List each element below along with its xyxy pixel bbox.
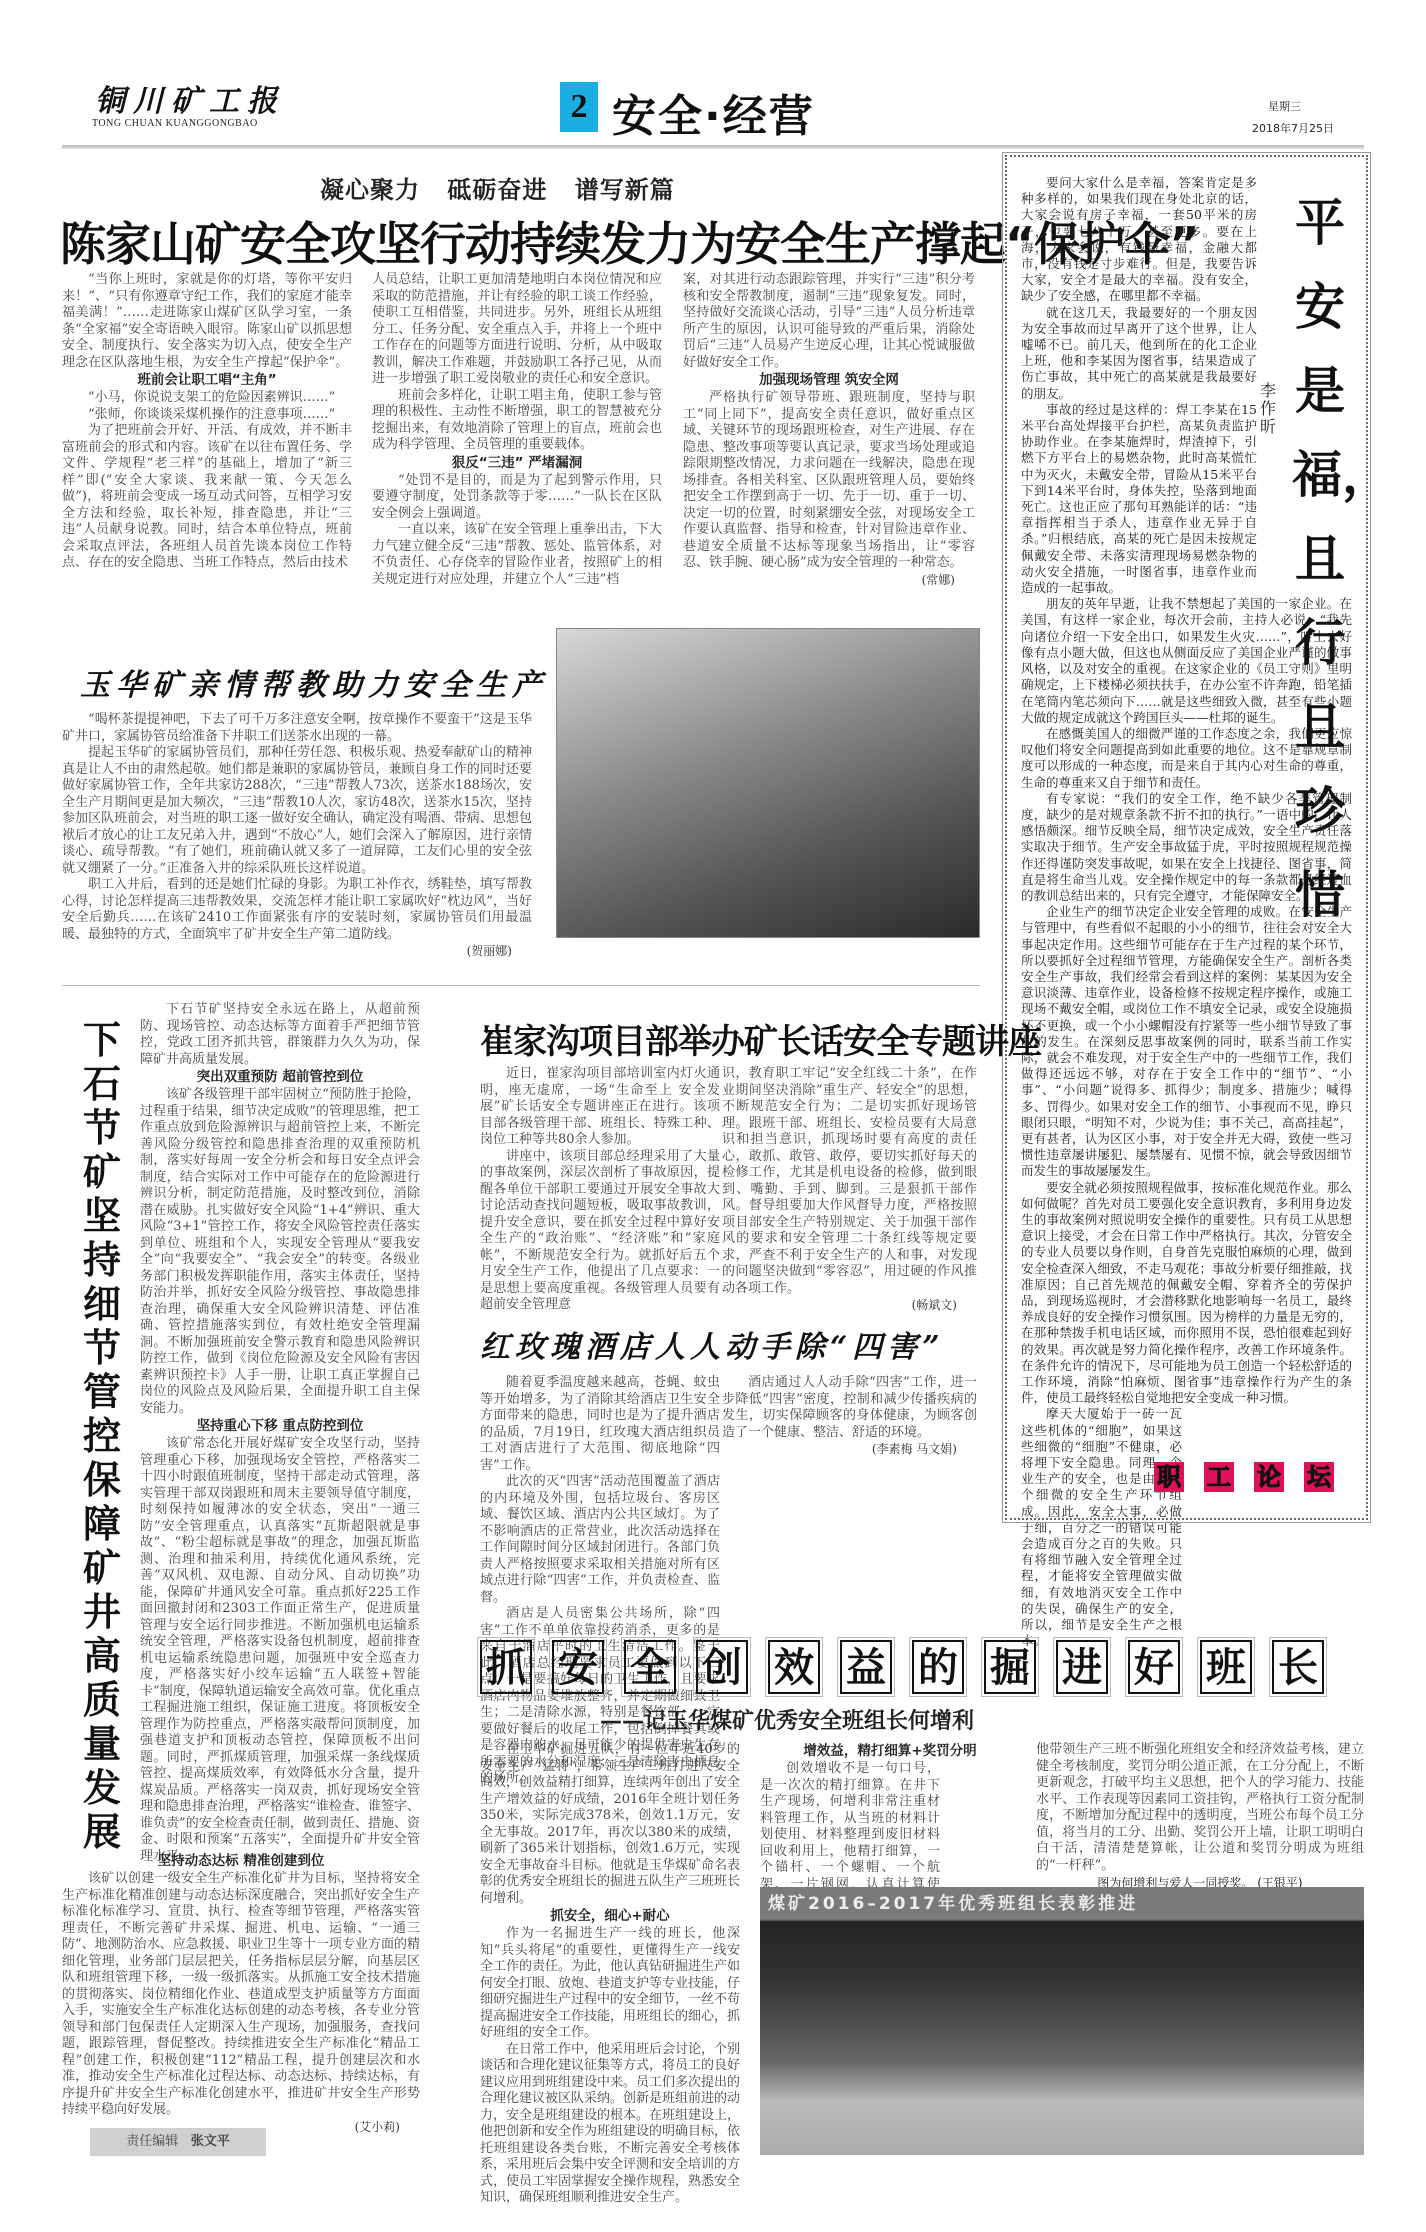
section-title: 安全·经营 <box>612 80 815 144</box>
hongmeigui-col-2: 酒店通过人人动手除“四害”工作，进一步降低“四害”密度，控制和减少传播疾病的发生… <box>722 1375 977 1458</box>
subheading: 坚持动态达标 精准创建到位 <box>62 1853 420 1870</box>
byline: (李素梅 马文娟) <box>722 1441 977 1458</box>
page-number-badge: 2 <box>560 82 598 132</box>
subheading: 班前会让职工唱“主角” <box>62 372 352 389</box>
cuijiagou-col-2: 识，教育职工牢记“安全红线二十条”，在作业期间坚决消除“重生产、轻安全”的思想，… <box>722 1066 977 1314</box>
subheading: 加强现场管理 筑安全网 <box>683 372 975 389</box>
essay-author: 李作昕 <box>1258 382 1278 436</box>
byline: (常娜) <box>683 572 975 589</box>
newspaper-name: 铜川矿工报 <box>95 76 285 120</box>
banzhang-headline: 抓 安 全 创 效 益 的 掘 进 好 班 长 <box>480 1640 1324 1694</box>
award-photo-banner: 煤矿2016–2017年优秀班组长表彰推进 <box>768 1889 1138 1914</box>
subheading: 坚持重心下移 重点防控到位 <box>140 1418 420 1435</box>
lead-column-2: 人员总结，让职工更加清楚地明白本岗位情况和应采取的防范措施，并让有经验的职工谈工… <box>372 272 662 588</box>
cuijiagou-headline: 崔家沟项目部举办矿长话安全专题讲座 <box>480 1014 1041 1063</box>
weekday: 星期三 <box>1268 98 1301 114</box>
subheading: 抓安全，细心+耐心 <box>480 1908 740 1925</box>
cuijiagou-col-1: 近日，崔家沟项目部培训室内灯火通明，座无虚席，一场“生命至上 安全发展”矿长话安… <box>480 1066 720 1314</box>
lead-column-3: 案，对其进行动态跟踪管理，并实行“三违”积分考核和安全帮教制度，遏制“三违”现象… <box>683 272 975 588</box>
issue-date: 2018年7月25日 <box>1252 120 1334 136</box>
banzhang-subtitle: ——记玉华煤矿优秀安全班组长何增利 <box>600 1704 974 1735</box>
lead-kicker: 凝心聚力 砥砺奋进 谱写新篇 <box>320 170 675 205</box>
hongmeigui-headline: 红玫瑰酒店人人动手除“四害” <box>480 1322 945 1366</box>
subheading: 增效益，精打细算+奖罚分明 <box>760 1743 1020 1760</box>
masthead-rule <box>62 145 1364 149</box>
subheading: 突出双重预防 超前管控到位 <box>140 1069 420 1086</box>
newspaper-name-en: TONG CHUAN KUANGGONGBAO <box>92 118 258 129</box>
xiashijie-body-cont: 坚持动态达标 精准创建到位 该矿以创建一级安全生产标准化矿井为目标，坚持将安全生… <box>62 1852 420 2135</box>
divider <box>62 985 980 986</box>
lead-column-1: “当你上班时，家就是你的灯塔，等你平安归来！”、“只有你遵章守纪工作，我们的家庭… <box>62 272 352 572</box>
miners-tea-photo <box>556 628 980 938</box>
xiashijie-headline: 下石节矿坚持细节管控保障矿井高质量发展 <box>82 1018 122 1854</box>
banzhang-col-1: 在玉华矿掘进五队，有一位年近40岁的安全生产“猛将”，带领生产三班打进尺安全高效… <box>480 1742 740 2207</box>
essay-title: 平安是福，且行且珍惜 <box>1292 181 1348 937</box>
xiashijie-body: 下石节矿坚持安全永远在路上，从超前预防、现场管控、动态达标等方面着手严把细节管控… <box>140 1002 420 1865</box>
responsible-editor: 责任编辑 张文平 <box>90 2128 266 2156</box>
yuhua-headline: 玉华矿亲情帮教助力安全生产 <box>80 660 548 704</box>
banzhang-col-3: 他带领生产三班不断强化班组安全和经济效益考核，建立健全考核制度，奖罚分明公道正派… <box>1036 1742 1364 1893</box>
subheading: 狠反“三违” 严堵漏洞 <box>372 455 662 472</box>
byline: (贺丽娜) <box>62 943 532 960</box>
essay-box: 平安是福，且行且珍惜 李作昕 要问大家什么是幸福，答案肯定是多种多样的，如果我们… <box>1005 155 1368 1520</box>
yuhua-body: “喝杯茶提提神吧，下去了可千万多注意安全啊，按章操作不要蛮干”这是玉华矿井口，家… <box>62 712 532 960</box>
award-photo: 煤矿2016–2017年优秀班组长表彰推进 <box>760 1887 1364 2155</box>
staff-forum-label: 职 工 论 坛 <box>1154 1462 1334 1492</box>
byline: (畅斌文) <box>722 1297 977 1314</box>
